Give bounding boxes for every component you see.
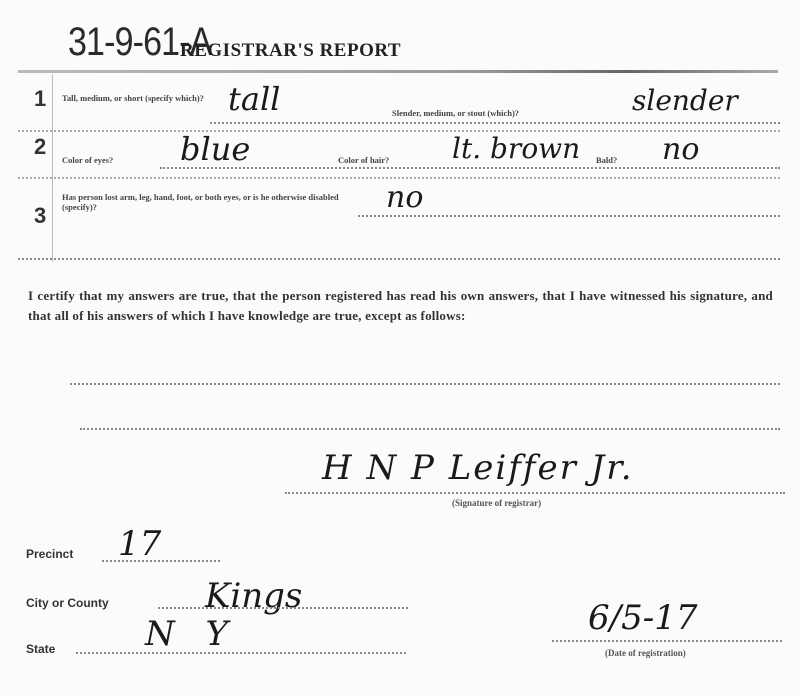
form-title: REGISTRAR'S REPORT <box>180 40 401 62</box>
precinct-label: Precinct <box>26 547 73 561</box>
question-1-answer-b: slender <box>632 84 738 117</box>
date-caption: (Date of registration) <box>605 648 686 658</box>
city-county-value: Kings <box>205 576 302 616</box>
question-3-answer-line <box>358 215 780 217</box>
question-1-number: 1 <box>34 86 46 112</box>
row-divider <box>18 258 780 260</box>
registrar-signature: H N P Leiffer Jr. <box>322 448 634 488</box>
question-2-answer-b: lt. brown <box>452 132 580 165</box>
registration-date: 6/5-17 <box>588 598 697 638</box>
state-label: State <box>26 642 55 656</box>
precinct-value: 17 <box>118 524 161 564</box>
date-line <box>552 640 782 642</box>
question-3-number: 3 <box>34 203 46 229</box>
question-2-answer-line <box>160 167 780 169</box>
question-3-label-a: Has person lost arm, leg, hand, foot, or… <box>62 192 362 212</box>
question-1-label-b: Slender, medium, or stout (which)? <box>392 108 519 118</box>
city-county-line <box>158 607 408 609</box>
exception-line-1 <box>70 383 780 385</box>
question-2-number: 2 <box>34 134 46 160</box>
exception-line-2 <box>80 428 780 430</box>
precinct-line <box>102 560 220 562</box>
question-2-answer-c: no <box>662 132 699 167</box>
header-rule <box>18 70 778 73</box>
question-2-label-c: Bald? <box>596 155 617 165</box>
signature-caption: (Signature of registrar) <box>452 498 541 508</box>
row-divider <box>18 177 780 179</box>
question-1-answer-line <box>210 122 780 124</box>
question-2-answer-a: blue <box>180 130 250 168</box>
question-3-answer-a: no <box>386 180 423 215</box>
state-value: N Y <box>145 614 238 654</box>
question-1-label-a: Tall, medium, or short (specify which)? <box>62 93 217 103</box>
question-1-answer-a: tall <box>228 80 280 118</box>
question-2-label-b: Color of hair? <box>338 155 389 165</box>
city-county-label: City or County <box>26 596 109 610</box>
margin-rule <box>52 74 53 262</box>
question-2-label-a: Color of eyes? <box>62 155 113 165</box>
certification-text: I certify that my answers are true, that… <box>28 286 773 326</box>
state-line <box>76 652 406 654</box>
signature-line <box>285 492 785 494</box>
